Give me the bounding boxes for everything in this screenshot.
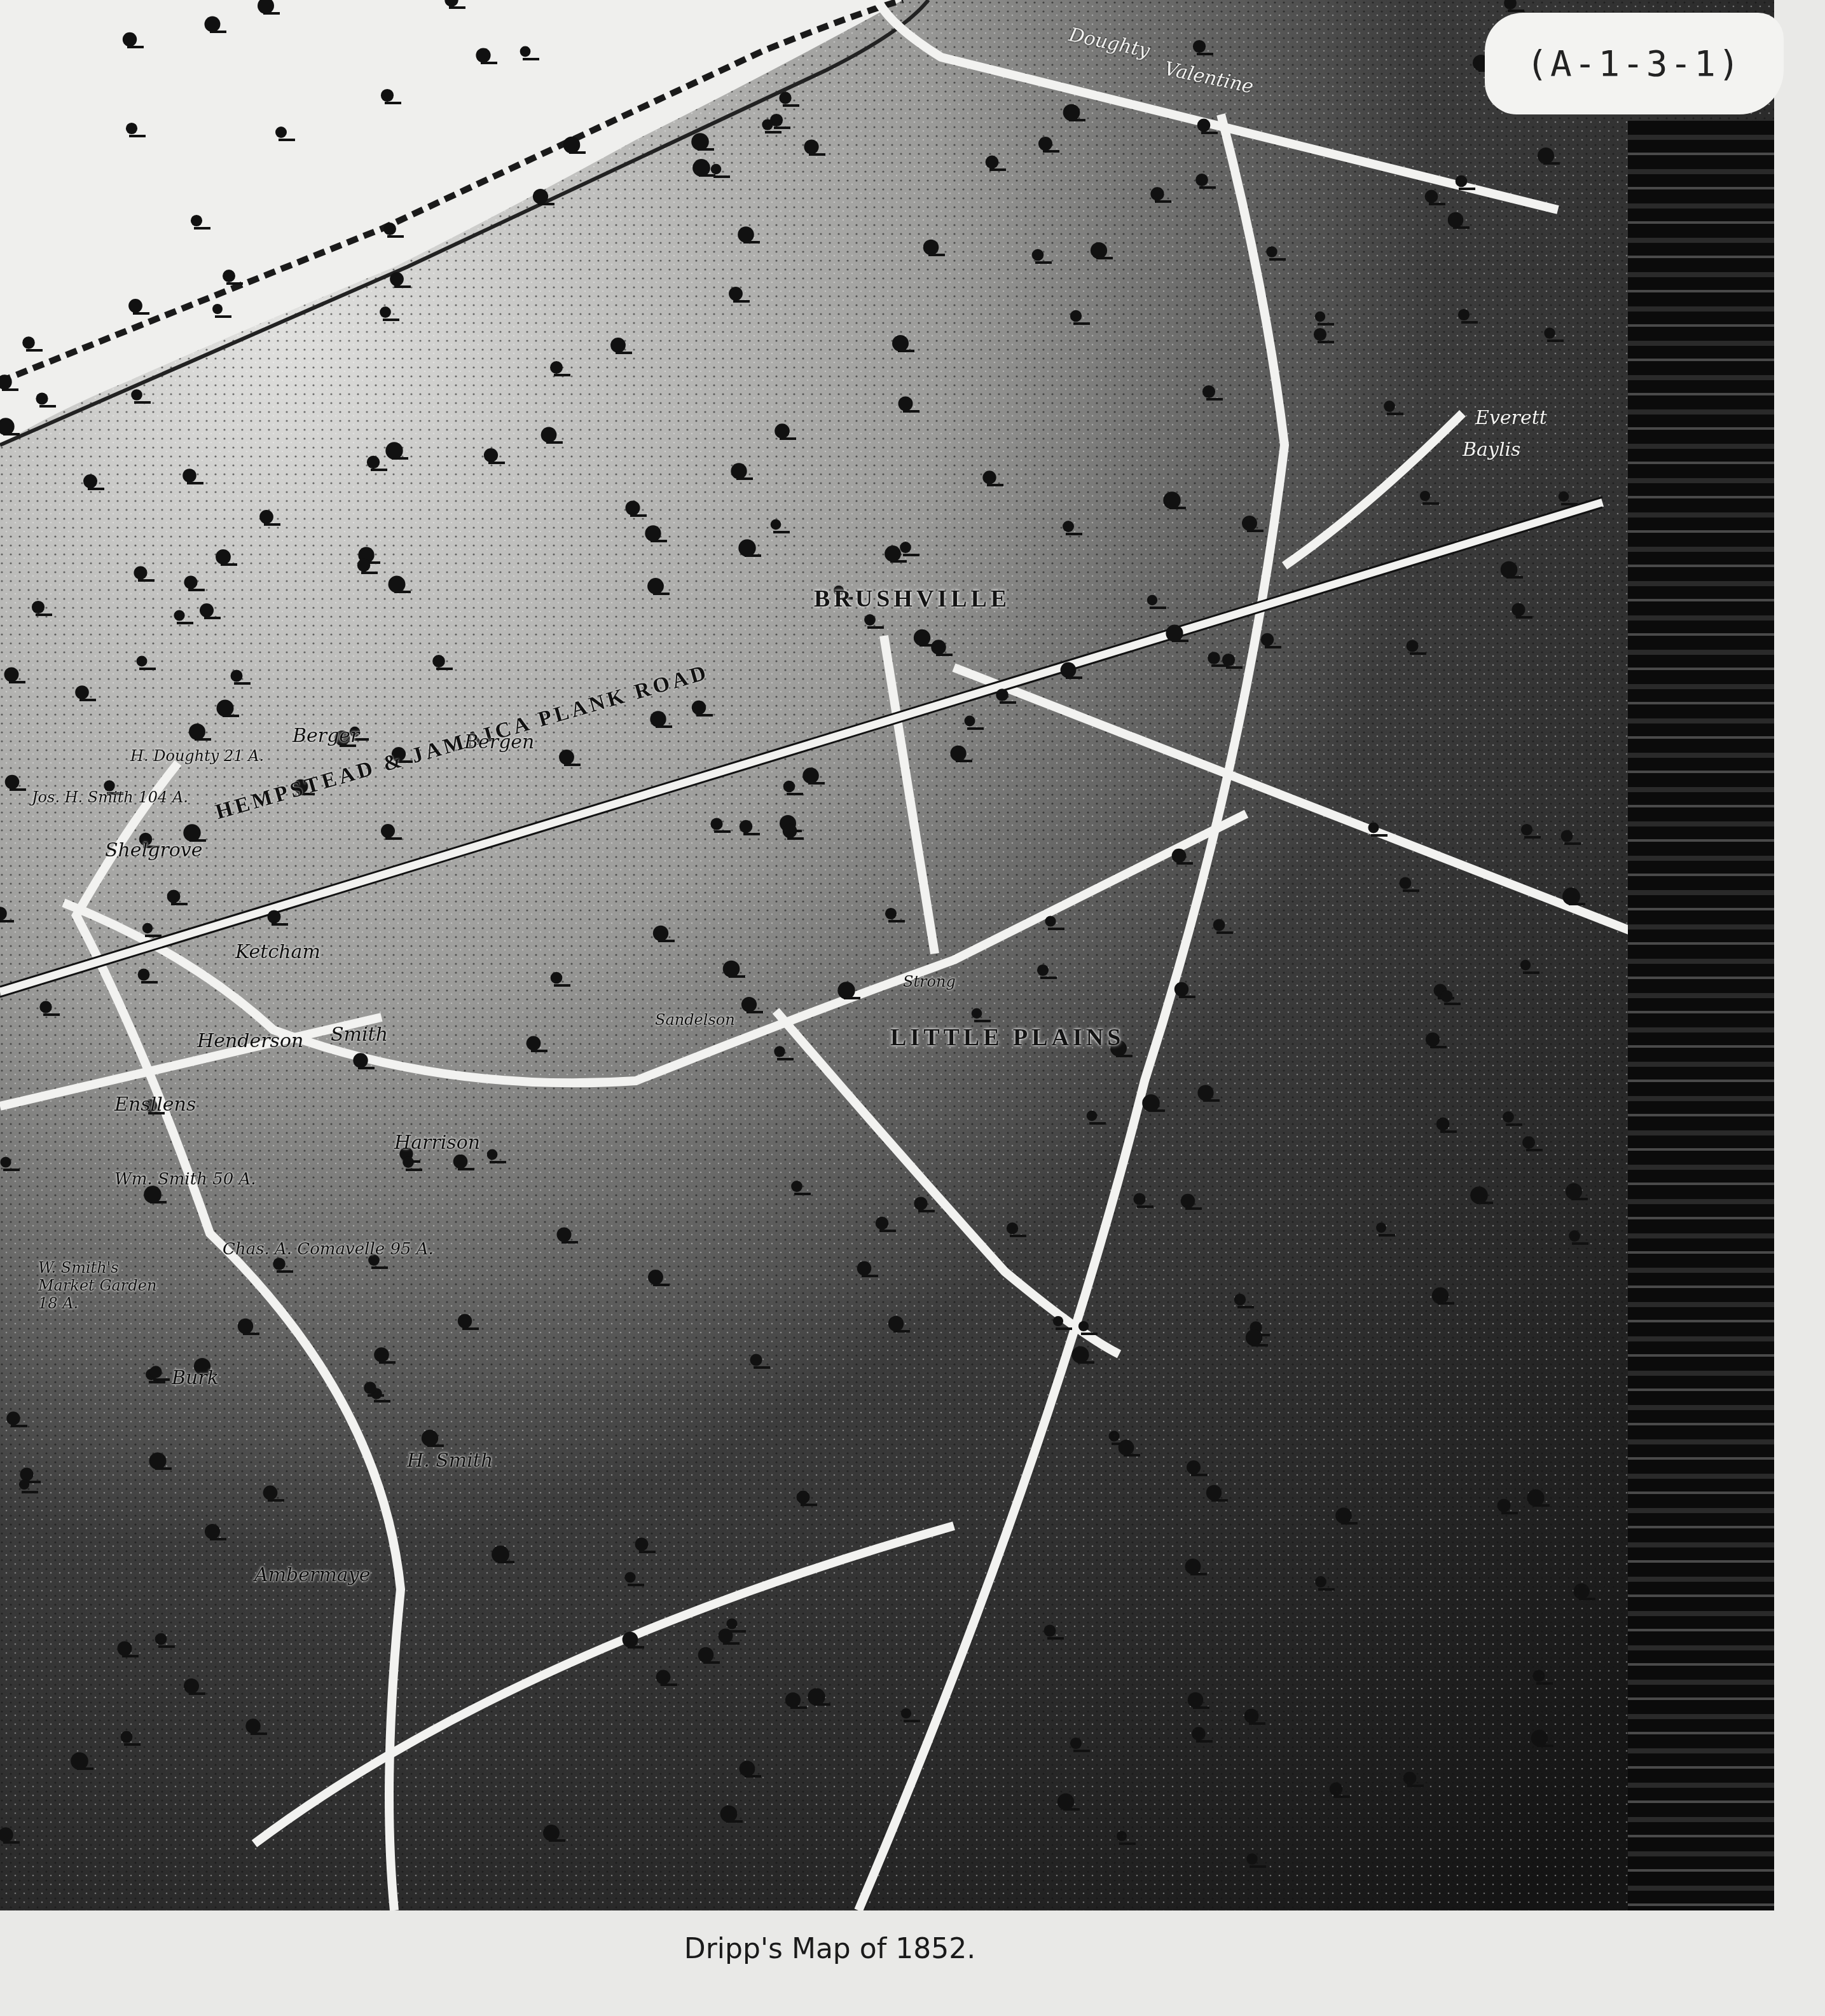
landowner-harrison: Harrison xyxy=(394,1132,480,1154)
landowner-comavelle: Chas. A. Comavelle 95 A. xyxy=(223,1240,434,1259)
landowner-shelgrove: Shelgrove xyxy=(105,839,203,861)
landowner-ambermaye: Ambermaye xyxy=(254,1564,370,1586)
landowner-w-smiths-market-garden: W. Smith's Market Garden 18 A. xyxy=(38,1259,165,1312)
landowner-baylis: Baylis xyxy=(1463,439,1520,461)
landowner-everett: Everett xyxy=(1475,407,1547,429)
landowner-h-doughty: H. Doughty 21 A. xyxy=(130,747,264,765)
landowner-w-smith: Wm. Smith 50 A. xyxy=(114,1170,256,1189)
landowner-smith: Smith xyxy=(331,1024,388,1046)
map-caption: Dripp's Map of 1852. xyxy=(0,1933,1825,1965)
document-page: BRUSHVILLE LITTLE PLAINS HEMPSTEAD & JAM… xyxy=(0,0,1825,2016)
landowner-burk: Burk xyxy=(172,1367,219,1389)
town-label-little-plains: LITTLE PLAINS xyxy=(890,1024,1124,1052)
town-label-brushville: BRUSHVILLE xyxy=(814,585,1010,613)
archive-code-label: (A-1-3-1) xyxy=(1485,13,1784,114)
map-border-ornament xyxy=(1628,121,1774,1910)
landowner-jos-smith: Jos. H. Smith 104 A. xyxy=(32,788,188,806)
landowner-bergen: Bergen xyxy=(464,731,534,753)
landowner-ensllens: Ensllens xyxy=(114,1094,196,1116)
landowner-h-smith: H. Smith xyxy=(407,1450,493,1472)
landowner-ketcham: Ketcham xyxy=(235,941,320,963)
landowner-sandelson: Sandelson xyxy=(655,1011,735,1029)
landowner-berger: Berger xyxy=(293,725,359,747)
landowner-henderson: Henderson xyxy=(197,1030,303,1052)
map-image: BRUSHVILLE LITTLE PLAINS HEMPSTEAD & JAM… xyxy=(0,0,1774,1910)
landowner-strong: Strong xyxy=(903,973,956,991)
